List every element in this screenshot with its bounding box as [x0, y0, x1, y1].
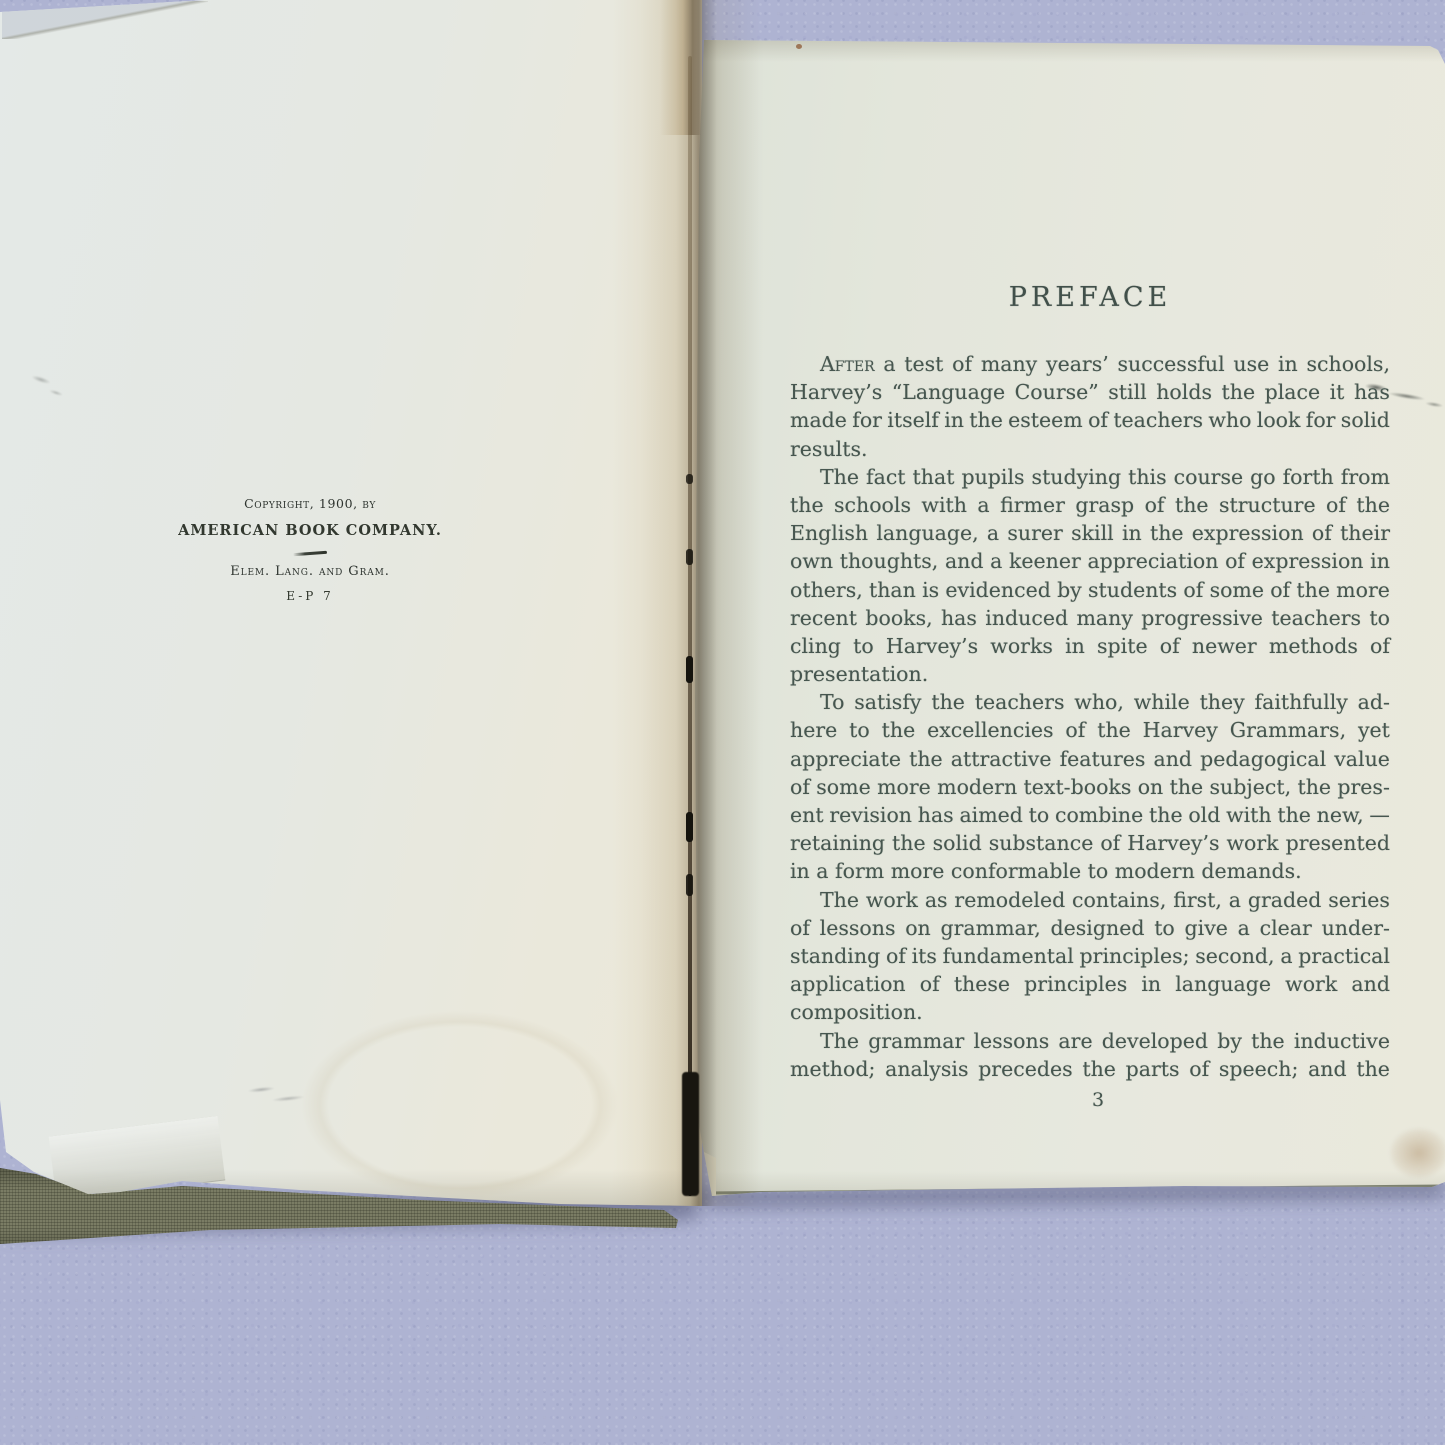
preface-line: heretotheexcellenciesoftheHarveyGrammars… [790, 718, 1390, 746]
preface-lines: Afteratestofmanyyears’successfuluseinsch… [790, 352, 1390, 1085]
preface-line: Harvey’s“LanguageCourse”stillholdsthepla… [790, 380, 1390, 408]
right-page-top-edge-shading [694, 36, 1445, 62]
preface-line: Englishlanguage,asurerskillintheexpressi… [790, 521, 1390, 549]
preface-line: others,thanisevidencedbystudentsofsomeof… [790, 578, 1390, 606]
preface-line: ofsomemoremoderntext-booksonthesubject,t… [790, 775, 1390, 803]
printing-code: E-P 7 [160, 589, 460, 603]
binding-stitch [686, 656, 693, 683]
open-book-photo: Copyright, 1900, by AMERICAN BOOK COMPAN… [0, 0, 1445, 1445]
preface-line: Thefactthatpupilsstudyingthiscoursegofor… [790, 465, 1390, 493]
preface-line: ownthoughts,andakeenerappreciationofexpr… [790, 549, 1390, 577]
left-page: Copyright, 1900, by AMERICAN BOOK COMPAN… [0, 0, 702, 1215]
page-number: 3 [790, 1089, 1390, 1111]
publisher-line: AMERICAN BOOK COMPANY. [160, 522, 460, 539]
preface-line: composition. [790, 1000, 1390, 1028]
left-page-top-crease [2, 1, 208, 39]
binding-stitch [686, 474, 693, 484]
preface-line: presentation. [790, 662, 1390, 690]
preface-line: results. [790, 437, 1390, 465]
preface-line: Thegrammarlessonsaredevelopedbytheinduct… [790, 1029, 1390, 1057]
preface-line: entrevisionhasaimedtocombinetheoldwithth… [790, 803, 1390, 831]
preface-line: oflessonsongrammar,designedtogiveaclearu… [790, 916, 1390, 944]
right-page: PREFACE Afteratestofmanyyears’successful… [694, 0, 1445, 1215]
preface-line: Afteratestofmanyyears’successfuluseinsch… [790, 352, 1390, 380]
preface-line: method;analysisprecedesthepartsofspeech;… [790, 1057, 1390, 1085]
copyright-block: Copyright, 1900, by AMERICAN BOOK COMPAN… [160, 496, 460, 603]
left-page-water-stain [300, 1010, 620, 1200]
preface-text-block: PREFACE Afteratestofmanyyears’successful… [790, 282, 1390, 1111]
gutter-bottom-shadow [682, 1072, 699, 1196]
series-line: Elem. Lang. and Gram. [160, 564, 460, 579]
preface-line: theschoolswithafirmergraspofthestructure… [790, 493, 1390, 521]
preface-line: applicationoftheseprinciplesinlanguagewo… [790, 972, 1390, 1000]
preface-line: standingofitsfundamentalprinciples;secon… [790, 944, 1390, 972]
binding-stitch [686, 874, 693, 896]
preface-line: recentbooks,hasinducedmanyprogressivetea… [790, 606, 1390, 634]
copyright-line: Copyright, 1900, by [160, 496, 460, 511]
book-gutter-shadow [640, 0, 760, 1206]
gutter-top-fold [660, 0, 708, 135]
preface-line: Tosatisfytheteacherswho,whiletheyfaithfu… [790, 690, 1390, 718]
page-title: PREFACE [790, 282, 1390, 316]
decorative-rule [293, 551, 327, 556]
tan-stain [1390, 1128, 1445, 1178]
binding-stitch [686, 549, 693, 565]
preface-line: retainingthesolidsubstanceofHarvey’swork… [790, 831, 1390, 859]
preface-line: in a form more conformable to modern dem… [790, 859, 1390, 887]
preface-line: Theworkasremodeledcontains,first,agraded… [790, 888, 1390, 916]
preface-line: clingtoHarvey’sworksinspiteofnewermethod… [790, 634, 1390, 662]
left-page-smudge [23, 366, 75, 405]
binding-stitch [686, 812, 693, 842]
preface-line: appreciatetheattractivefeaturesandpedago… [790, 747, 1390, 775]
gutter-fold-line [688, 56, 692, 1196]
preface-line: madeforitselfintheesteemofteacherswholoo… [790, 408, 1390, 436]
brown-speck [796, 44, 802, 49]
